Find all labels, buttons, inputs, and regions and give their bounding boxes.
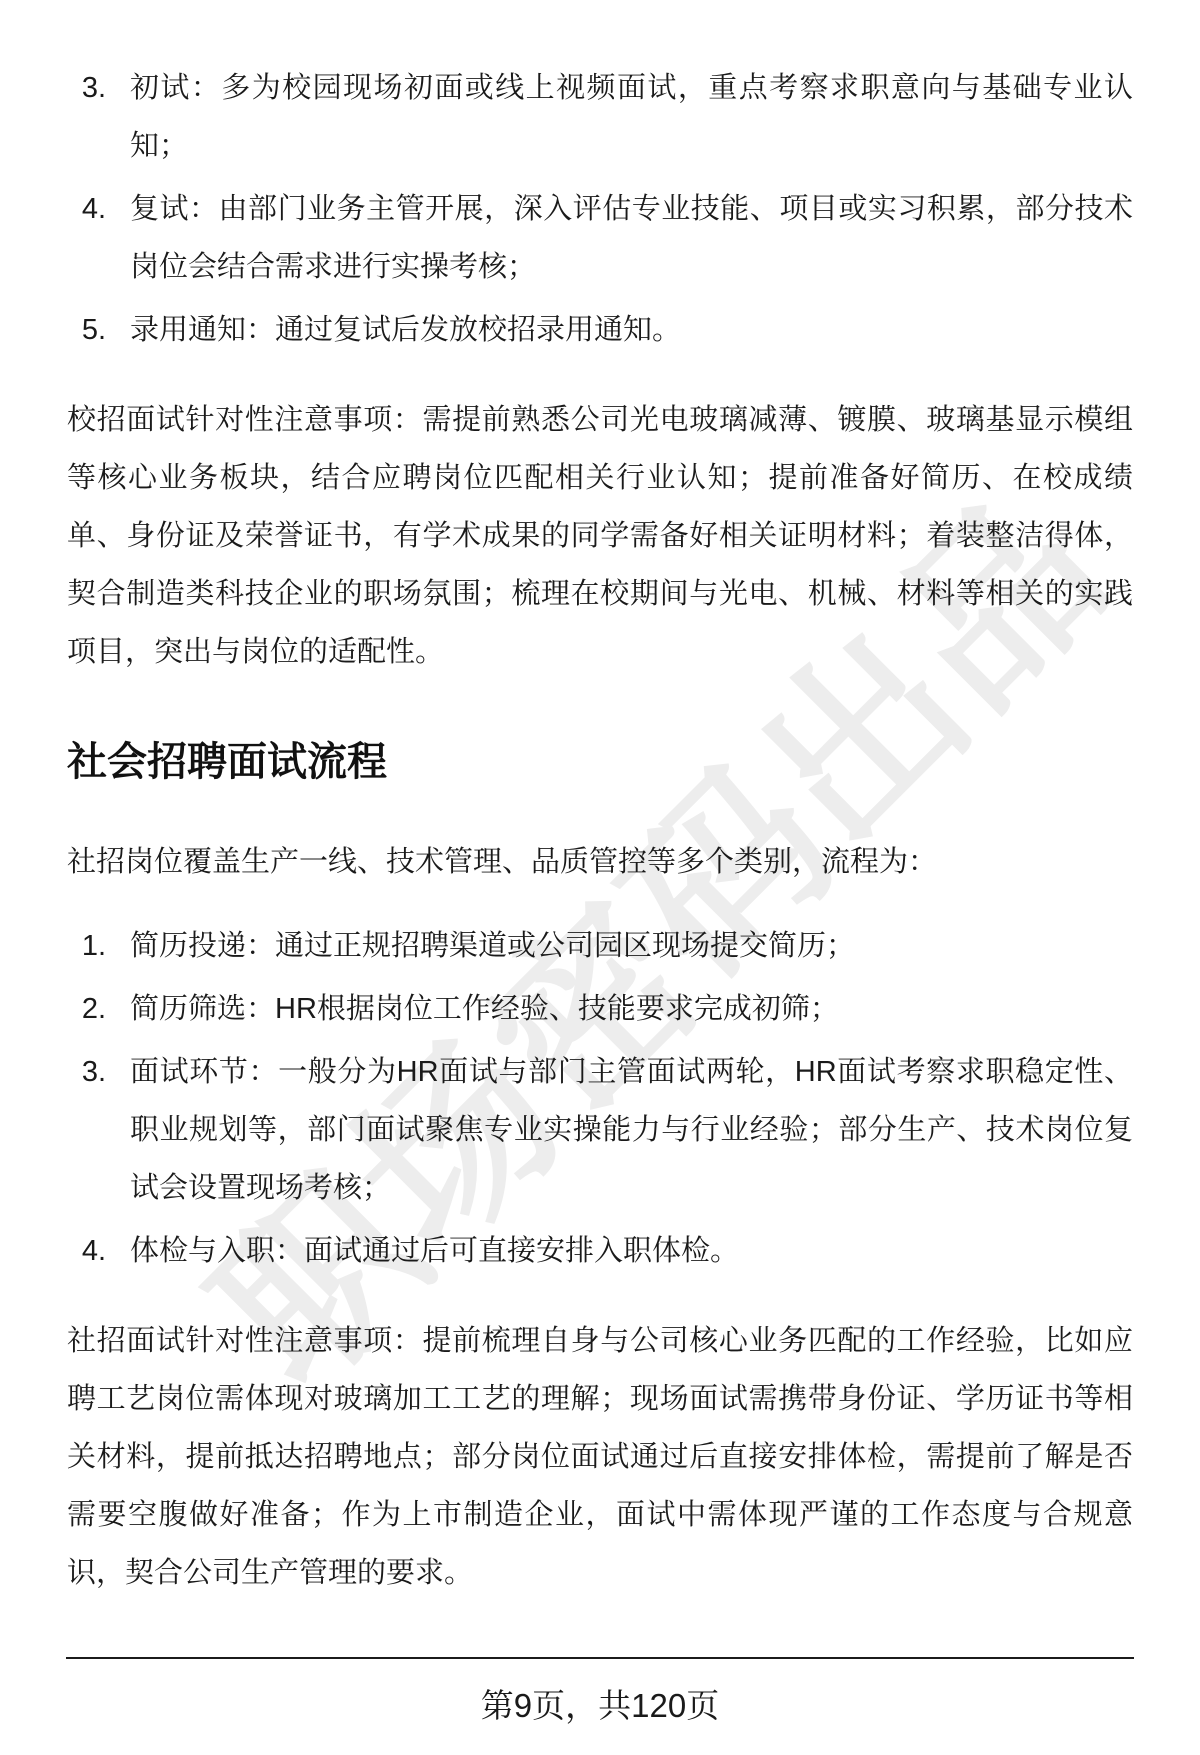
list-item: 1. 简历投递：通过正规招聘渠道或公司园区现场提交简历；	[130, 917, 1133, 975]
list-item: 3. 初试：多为校园现场初面或线上视频面试，重点考察求职意向与基础专业认 知；	[130, 59, 1133, 175]
list-item-number: 3.	[67, 59, 106, 117]
campus-note-paragraph: 校招面试针对性注意事项：需提前熟悉公司光电玻璃减薄、镀膜、玻璃基显示模组 等核心…	[67, 391, 1133, 681]
paragraph-line: 识，契合公司生产管理的要求。	[67, 1544, 1133, 1602]
list-item: 4. 复试：由部门业务主管开展，深入评估专业技能、项目或实习积累，部分技术 岗位…	[130, 180, 1133, 296]
paragraph-line: 社招岗位覆盖生产一线、技术管理、品质管控等多个类别，流程为：	[67, 833, 1133, 891]
paragraph-line: 需要空腹做好准备；作为上市制造企业，面试中需体现严谨的工作态度与合规意	[67, 1486, 1133, 1544]
social-recruit-steps-list: 1. 简历投递：通过正规招聘渠道或公司园区现场提交简历； 2. 简历筛选：HR根…	[67, 917, 1133, 1280]
list-item-line: 岗位会结合需求进行实操考核；	[130, 238, 1133, 296]
campus-recruit-steps-list: 3. 初试：多为校园现场初面或线上视频面试，重点考察求职意向与基础专业认 知； …	[67, 59, 1133, 359]
list-item-line: 简历筛选：HR根据岗位工作经验、技能要求完成初筛；	[130, 980, 1133, 1038]
list-item-number: 2.	[67, 980, 106, 1038]
paragraph-line: 聘工艺岗位需体现对玻璃加工工艺的理解；现场面试需携带身份证、学历证书等相	[67, 1370, 1133, 1428]
list-item-line: 知；	[130, 117, 1133, 175]
list-item-line: 录用通知：通过复试后发放校招录用通知。	[130, 301, 1133, 359]
paragraph-line: 社招面试针对性注意事项：提前梳理自身与公司核心业务匹配的工作经验，比如应	[67, 1312, 1133, 1370]
list-item-number: 3.	[67, 1043, 106, 1101]
list-item: 5. 录用通知：通过复试后发放校招录用通知。	[130, 301, 1133, 359]
list-item-line: 面试环节：一般分为HR面试与部门主管面试两轮，HR面试考察求职稳定性、	[130, 1043, 1133, 1101]
paragraph-line: 关材料，提前抵达招聘地点；部分岗位面试通过后直接安排体检，需提前了解是否	[67, 1428, 1133, 1486]
page-footer: 第9页，共120页	[0, 1684, 1200, 1728]
document-page: 职场密码出品 3. 初试：多为校园现场初面或线上视频面试，重点考察求职意向与基础…	[0, 0, 1200, 1755]
list-item-number: 4.	[67, 1222, 106, 1280]
list-item-line: 体检与入职：面试通过后可直接安排入职体检。	[130, 1222, 1133, 1280]
list-item-line: 复试：由部门业务主管开展，深入评估专业技能、项目或实习积累，部分技术	[130, 180, 1133, 238]
list-item-number: 1.	[67, 917, 106, 975]
social-intro-paragraph: 社招岗位覆盖生产一线、技术管理、品质管控等多个类别，流程为：	[67, 833, 1133, 891]
list-item: 2. 简历筛选：HR根据岗位工作经验、技能要求完成初筛；	[130, 980, 1133, 1038]
footer-divider	[66, 1657, 1134, 1659]
list-item-number: 4.	[67, 180, 106, 238]
list-item-number: 5.	[67, 301, 106, 359]
list-item-line: 试会设置现场考核；	[130, 1159, 1133, 1217]
paragraph-line: 校招面试针对性注意事项：需提前熟悉公司光电玻璃减薄、镀膜、玻璃基显示模组	[67, 391, 1133, 449]
social-recruit-heading: 社会招聘面试流程	[67, 735, 1133, 789]
list-item-line: 简历投递：通过正规招聘渠道或公司园区现场提交简历；	[130, 917, 1133, 975]
social-note-paragraph: 社招面试针对性注意事项：提前梳理自身与公司核心业务匹配的工作经验，比如应 聘工艺…	[67, 1312, 1133, 1602]
paragraph-line: 单、身份证及荣誉证书，有学术成果的同学需备好相关证明材料；着装整洁得体，	[67, 507, 1133, 565]
list-item: 3. 面试环节：一般分为HR面试与部门主管面试两轮，HR面试考察求职稳定性、 职…	[130, 1043, 1133, 1217]
document-content: 3. 初试：多为校园现场初面或线上视频面试，重点考察求职意向与基础专业认 知； …	[0, 0, 1200, 1602]
paragraph-line: 项目，突出与岗位的适配性。	[67, 623, 1133, 681]
paragraph-line: 契合制造类科技企业的职场氛围；梳理在校期间与光电、机械、材料等相关的实践	[67, 565, 1133, 623]
paragraph-line: 等核心业务板块，结合应聘岗位匹配相关行业认知；提前准备好简历、在校成绩	[67, 449, 1133, 507]
list-item-line: 初试：多为校园现场初面或线上视频面试，重点考察求职意向与基础专业认	[130, 59, 1133, 117]
list-item: 4. 体检与入职：面试通过后可直接安排入职体检。	[130, 1222, 1133, 1280]
list-item-line: 职业规划等，部门面试聚焦专业实操能力与行业经验；部分生产、技术岗位复	[130, 1101, 1133, 1159]
